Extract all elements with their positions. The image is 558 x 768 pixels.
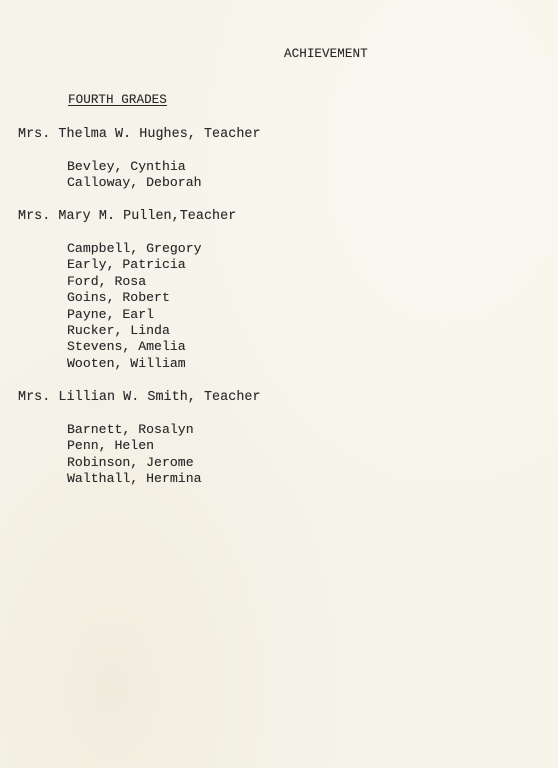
student-list: Barnett, Rosalyn Penn, Helen Robinson, J… — [67, 422, 202, 488]
student-name: Stevens, Amelia — [67, 339, 202, 355]
student-name: Walthall, Hermina — [67, 471, 202, 487]
student-name: Payne, Earl — [67, 307, 202, 323]
student-name: Penn, Helen — [67, 438, 202, 454]
document-page: ACHIEVEMENT FOURTH GRADES Mrs. Thelma W.… — [0, 0, 558, 768]
teacher-name: Mrs. Lillian W. Smith, Teacher — [18, 390, 261, 406]
student-name: Early, Patricia — [67, 257, 202, 273]
student-name: Bevley, Cynthia — [67, 159, 202, 175]
student-name: Wooten, William — [67, 356, 202, 372]
student-name: Calloway, Deborah — [67, 175, 202, 191]
student-list: Bevley, Cynthia Calloway, Deborah — [67, 159, 202, 192]
student-list: Campbell, Gregory Early, Patricia Ford, … — [67, 241, 202, 372]
document-title: ACHIEVEMENT — [284, 46, 368, 62]
teacher-name: Mrs. Mary M. Pullen,Teacher — [18, 209, 236, 225]
student-name: Goins, Robert — [67, 290, 202, 306]
student-name: Robinson, Jerome — [67, 455, 202, 471]
teacher-name: Mrs. Thelma W. Hughes, Teacher — [18, 127, 261, 143]
student-name: Ford, Rosa — [67, 274, 202, 290]
student-name: Barnett, Rosalyn — [67, 422, 202, 438]
student-name: Campbell, Gregory — [67, 241, 202, 257]
grade-heading: FOURTH GRADES — [68, 92, 167, 108]
student-name: Rucker, Linda — [67, 323, 202, 339]
